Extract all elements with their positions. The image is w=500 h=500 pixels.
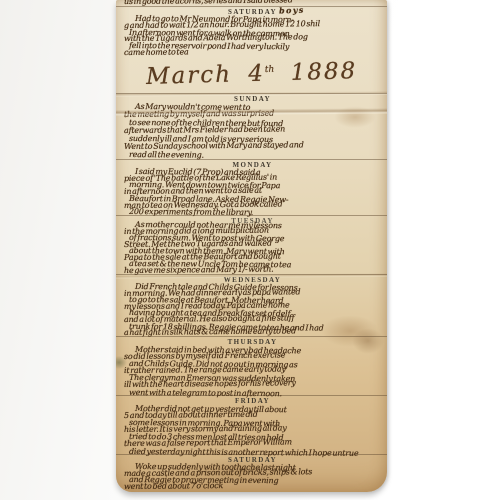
entry-line: ill with the heart disease hopes for his… <box>124 379 384 389</box>
date-ordinal: th <box>265 65 275 75</box>
diary-section-thursday-5: THURSDAYMother staid in bed with a very … <box>116 336 387 395</box>
diary-section-sunday-1: SUNDAYAs Mary wouldn't come went tothe m… <box>116 93 387 159</box>
date-strip: March 4th 1888 <box>116 55 387 93</box>
diary-section-saturday-0: SATURDAYboysHad to go to Mr Neumond for … <box>116 6 387 55</box>
diary-section-first: SATURDAYboysHad to go to Mr Neumond for … <box>116 6 387 55</box>
diary-section-monday-2: MONDAYI said my Euclid (7 Prop) and said… <box>116 159 387 215</box>
date-month-day: March 4 <box>146 61 266 90</box>
diary-sections: SUNDAYAs Mary wouldn't come went tothe m… <box>116 93 387 490</box>
diary-section-wednesday-4: WEDNESDAYDid French tale and Childs Guid… <box>116 274 387 336</box>
diary-section-tuesday-3: TUESDAYAs mother could not hear me my le… <box>116 215 387 274</box>
entry-line: died yesterday night this is another rep… <box>129 448 384 457</box>
entry-line: there was a false report that Emperor Wi… <box>124 438 384 448</box>
entry-line: went to bed about 7 o'clock <box>124 481 384 490</box>
diary-section-saturday-7: SATURDAYWoke up suddenly with toothache … <box>116 454 387 490</box>
date-year: 1888 <box>290 58 357 86</box>
entry-line: went with a telegram to post in afternoo… <box>129 389 384 398</box>
diary-section-friday-6: FRIDAYMother did not get up yesterday ti… <box>116 395 387 454</box>
entry-line: us in good the acorns, series and I said… <box>124 0 384 5</box>
photo-background: { "meta": { "description": "Photograph o… <box>0 0 500 500</box>
handwritten-side-note: boys <box>279 6 305 15</box>
date-heading: March 4th 1888 <box>146 58 358 90</box>
diary-page: us in good the acorns, series and I said… <box>116 0 387 492</box>
